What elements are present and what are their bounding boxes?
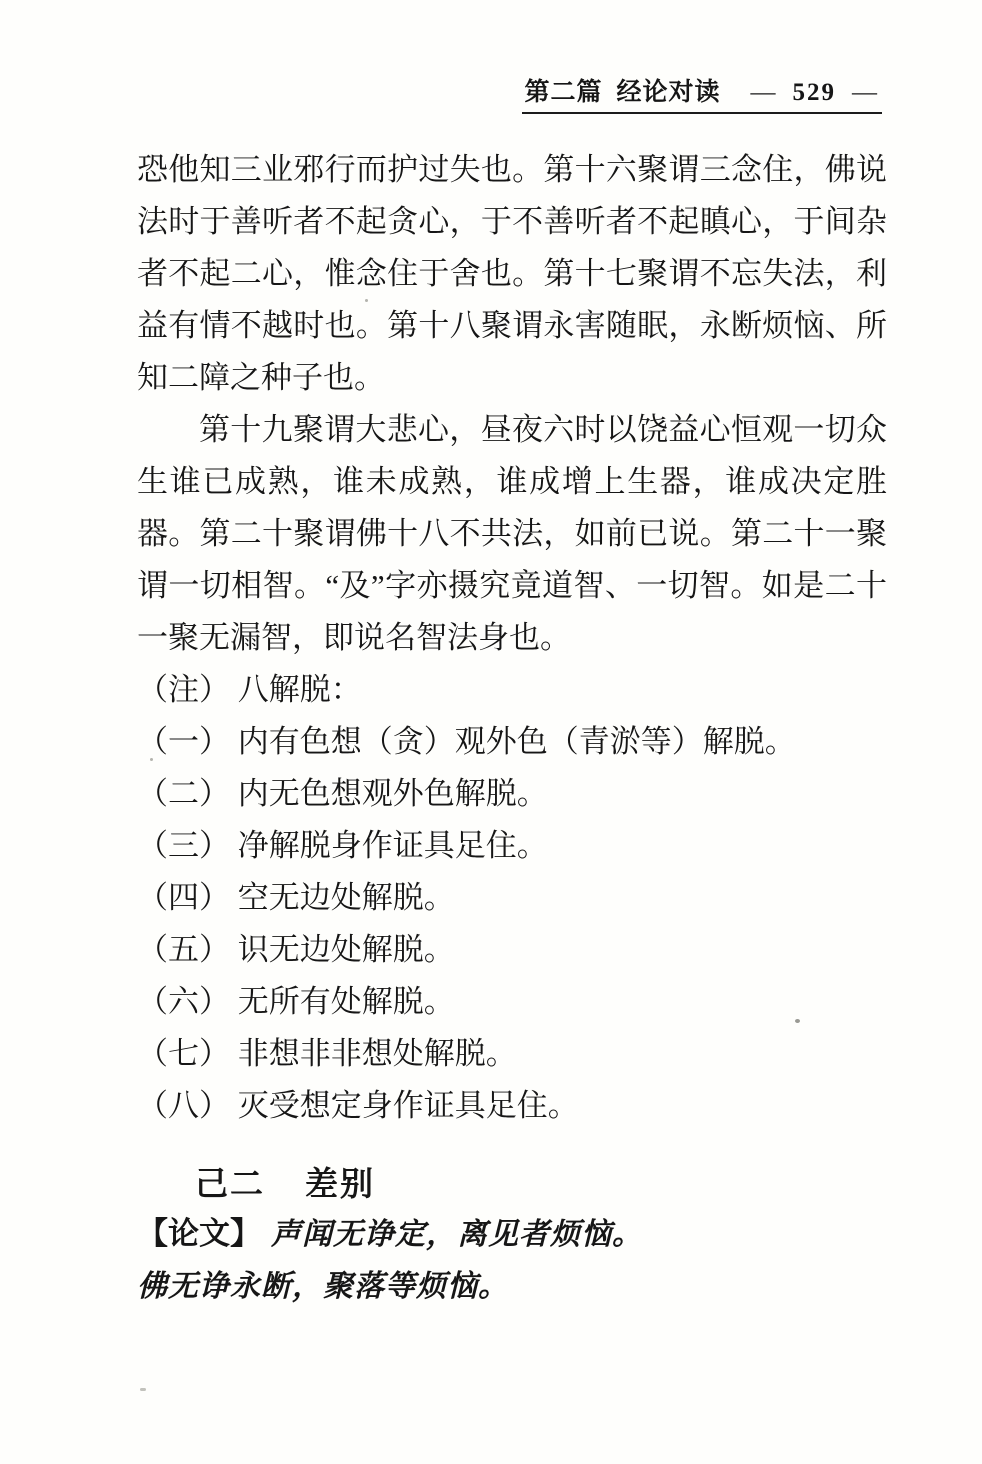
list-item-3: （三） 净解脱身作证具足住。 (137, 820, 887, 872)
section-heading-number: 己二 (195, 1167, 265, 1203)
scan-speck (365, 299, 368, 302)
book-page: 第二篇 经论对读 — 529 — 恐他知三业邪行而护过失也。第十六聚谓三念住，佛… (0, 0, 982, 1464)
list-item-2: （二） 内无色想观外色解脱。 (137, 768, 887, 820)
list-item-6: （六） 无所有处解脱。 (137, 976, 887, 1028)
header-section-number: 第二篇 (524, 80, 602, 106)
page-content: 恐他知三业邪行而护过失也。第十六聚谓三念住，佛说法时于善听者不起贪心，于不善听者… (137, 144, 887, 1313)
scan-speck (150, 758, 153, 761)
page-number-dash-left: — (751, 80, 777, 106)
list-item-5: （五） 识无边处解脱。 (137, 924, 887, 976)
paragraph: 第十九聚谓大悲心，昼夜六时以饶益心恒观一切众生谁已成熟，谁未成熟，谁成增上生器，… (137, 404, 887, 664)
lunwen-label: 【论文】 (137, 1216, 261, 1251)
list-item-8: （八） 灭受想定身作证具足住。 (137, 1080, 887, 1132)
list-item-7: （七） 非想非非想处解脱。 (137, 1028, 887, 1080)
section-heading: 己二差别 (195, 1162, 887, 1208)
note-label: （注） 八解脱： (137, 664, 887, 716)
scan-speck (795, 1019, 800, 1023)
page-number: 529 (793, 80, 837, 106)
page-number-dash-right: — (852, 80, 878, 106)
verse-line-2: 佛无诤永断，聚落等烦恼。 (137, 1261, 887, 1313)
header-section-title: 经论对读 (616, 80, 720, 106)
scan-speck (140, 1388, 146, 1391)
verse-line-1: 声闻无诤定，离见者烦恼。 (271, 1218, 643, 1251)
paragraph-continuation: 恐他知三业邪行而护过失也。第十六聚谓三念住，佛说法时于善听者不起贪心，于不善听者… (137, 144, 887, 404)
list-item-4: （四） 空无边处解脱。 (137, 872, 887, 924)
section-heading-title: 差别 (305, 1167, 375, 1203)
lunwen-line: 【论文】声闻无诤定，离见者烦恼。 (137, 1208, 887, 1261)
list-item-1: （一） 内有色想（贪）观外色（青淤等）解脱。 (137, 716, 887, 768)
page-header: 第二篇 经论对读 — 529 — (522, 80, 882, 114)
